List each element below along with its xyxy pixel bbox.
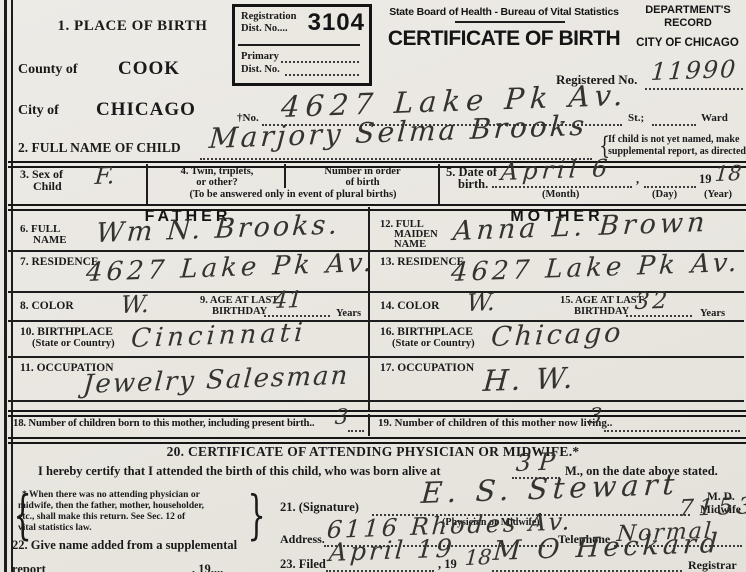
- primary-label: Primary: [241, 51, 279, 62]
- father-occupation-value: Jewelry Salesman: [82, 361, 350, 400]
- father-color-label: 8. COLOR: [20, 300, 74, 312]
- father-age-dotted-line: [264, 315, 330, 317]
- child-note-line1: If child is not yet named, make: [608, 134, 739, 145]
- father-age-value: 41: [272, 287, 303, 314]
- filed-date-value: April 19: [328, 534, 456, 567]
- place-of-birth-title: 1. PLACE OF BIRTH: [35, 18, 230, 35]
- filed-label: 23. Filed: [280, 557, 326, 572]
- mother-age-label-line2: BIRTHDAY: [574, 306, 629, 317]
- address-label: Address.: [280, 532, 325, 547]
- order-of-birth-label-line1: Number in order: [290, 166, 435, 177]
- rule-above-physician-section: [8, 437, 746, 444]
- dob-day-caption: (Day): [652, 189, 677, 200]
- registration-dist-no-value: 3104: [308, 9, 365, 37]
- mother-birthplace-row-line: [370, 356, 744, 358]
- board-of-health-line: State Board of Health - Bureau of Vital …: [378, 6, 630, 18]
- city-value: CHICAGO: [96, 99, 196, 121]
- mother-birthplace-label: 16. BIRTHPLACE: [380, 326, 473, 338]
- ward-dotted-line: [652, 124, 696, 126]
- mother-occupation-value: H. W.: [482, 361, 577, 398]
- registered-no-value: 11990: [650, 55, 738, 86]
- primary-dotted-line: [281, 61, 359, 63]
- dob-year-value: 18: [714, 161, 742, 186]
- mother-residence-value: 4627 Lake Pk Av.: [450, 248, 742, 288]
- registration-dist-no-label: Dist. No....: [241, 23, 288, 34]
- county-value: COOK: [118, 58, 180, 80]
- city-of-chicago-line: CITY OF CHICAGO: [630, 37, 745, 49]
- father-residence-row-line: [8, 291, 368, 293]
- registration-label: Registration: [241, 11, 296, 22]
- registration-box-divider: [238, 44, 360, 46]
- mother-age-years-label: Years: [700, 308, 725, 319]
- board-line-underline: [455, 21, 565, 23]
- father-name-label-line2: NAME: [33, 234, 67, 246]
- order-of-birth-label-line2: of birth: [290, 177, 435, 188]
- mother-birthplace-sublabel: (State or Country): [392, 338, 475, 349]
- mother-occupation-row-line: [370, 400, 744, 402]
- father-age-label-line2: BIRTHDAY: [212, 306, 267, 317]
- twin-label-line2: or other?: [152, 177, 282, 188]
- physician-note-line2: midwife, then the father, mother, househ…: [18, 501, 204, 511]
- mother-residence-row-line: [370, 291, 744, 293]
- street-suffix-label: St.;: [628, 112, 644, 124]
- dob-month-dotted-line: [492, 186, 632, 188]
- certify-statement-prefix: I hereby certify that I attended the bir…: [38, 464, 441, 479]
- father-age-years-label: Years: [336, 308, 361, 319]
- certificate-title: CERTIFICATE OF BIRTH: [380, 27, 628, 51]
- sex-child-label: Child: [33, 179, 62, 194]
- filed-year-value: 18: [464, 545, 492, 570]
- telephone-number-value: 7153: [678, 493, 746, 522]
- father-birthplace-label: 10. BIRTHPLACE: [20, 326, 113, 338]
- registrar-label: Registrar: [688, 558, 737, 572]
- dob-month-caption: (Month): [542, 189, 579, 200]
- city-of-label: City of: [18, 103, 59, 119]
- child-name-value: Marjory Selma Brooks: [208, 109, 588, 155]
- report-year-label: , 19....: [192, 562, 223, 572]
- departments-record-line2: RECORD: [632, 17, 744, 29]
- child-note-line2: supplemental report, as directed.: [608, 146, 746, 157]
- date-of-birth-label-line2: birth.: [458, 177, 488, 192]
- birth-certificate-document: 1. PLACE OF BIRTH Registration Dist. No.…: [0, 0, 746, 572]
- ward-label: Ward: [701, 112, 728, 124]
- order-date-divider: [438, 164, 440, 204]
- children-stats-divider: [368, 414, 370, 436]
- dob-day-dotted-line: [644, 186, 696, 188]
- report-label: report: [12, 562, 46, 572]
- mother-age-label-line1: 15. AGE AT LAST: [560, 295, 644, 306]
- physician-note-line1: * When there was no attending physician …: [22, 490, 200, 500]
- twin-label-line1: 4. Twin, triplets,: [152, 166, 282, 177]
- dob-month-day-value: April 6: [500, 154, 612, 186]
- registered-no-dotted-line: [645, 88, 743, 90]
- plural-births-note: (To be answered only in event of plural …: [148, 189, 438, 200]
- filed-year-prefix: , 19: [438, 557, 457, 572]
- physician-note-brace-right: }: [247, 486, 265, 546]
- departments-record-line1: DEPARTMENT'S: [632, 4, 744, 16]
- children-born-value: 3: [334, 404, 349, 429]
- physician-section-title: 20. CERTIFICATE OF ATTENDING PHYSICIAN O…: [0, 444, 746, 460]
- physician-note-line3: etc., shall make this return. See Sec. 1…: [18, 512, 185, 522]
- mother-birthplace-value: Chicago: [490, 317, 625, 353]
- mother-age-dotted-line: [626, 315, 692, 317]
- full-name-of-child-label: 2. FULL NAME OF CHILD: [18, 140, 181, 156]
- mother-name-label-line3: NAME: [394, 239, 426, 250]
- left-edge-rule-outer: [4, 0, 7, 572]
- mother-age-value: 32: [634, 288, 671, 315]
- county-of-label: County of: [18, 62, 78, 78]
- mother-color-label: 14. COLOR: [380, 300, 439, 312]
- father-birthplace-value: Cincinnati: [130, 318, 308, 354]
- signature-value: E. S. Stewart: [420, 467, 680, 510]
- registration-district-box: Registration Dist. No.... 3104 Primary D…: [232, 4, 372, 86]
- dob-year-prefix: 19: [699, 172, 712, 187]
- children-born-dotted-line: [348, 430, 364, 432]
- twin-order-divider: [284, 164, 286, 188]
- primary-dist-no-label: Dist. No.: [241, 64, 280, 75]
- dob-comma: ,: [636, 172, 639, 187]
- father-occupation-row-line: [8, 400, 368, 402]
- father-color-value: W.: [120, 290, 150, 319]
- father-birthplace-sublabel: (State or Country): [32, 338, 115, 349]
- signature-label: 21. (Signature): [280, 500, 359, 515]
- father-residence-value: 4627 Lake Pk Av.: [85, 248, 377, 288]
- rule-above-children-stats: [8, 410, 746, 417]
- parents-center-divider: [368, 207, 370, 411]
- primary-dist-no-dotted-line: [285, 74, 359, 76]
- mother-color-value: W.: [466, 288, 496, 317]
- father-age-label-line1: 9. AGE AT LAST: [200, 295, 278, 306]
- children-living-value: 3: [588, 403, 603, 428]
- children-living-dotted-line: [604, 430, 740, 432]
- children-born-label: 18. Number of children born to this moth…: [13, 417, 314, 429]
- supplemental-report-label: 22. Give name added from a supplemental: [12, 538, 237, 553]
- sex-value: F.: [94, 163, 115, 190]
- mother-occupation-label: 17. OCCUPATION: [380, 362, 474, 374]
- dob-year-caption: (Year): [704, 189, 732, 200]
- physician-note-line4: vital statistics law.: [18, 523, 92, 533]
- children-living-label: 19. Number of children of this mother no…: [378, 417, 612, 429]
- father-birthplace-row-line: [8, 356, 368, 358]
